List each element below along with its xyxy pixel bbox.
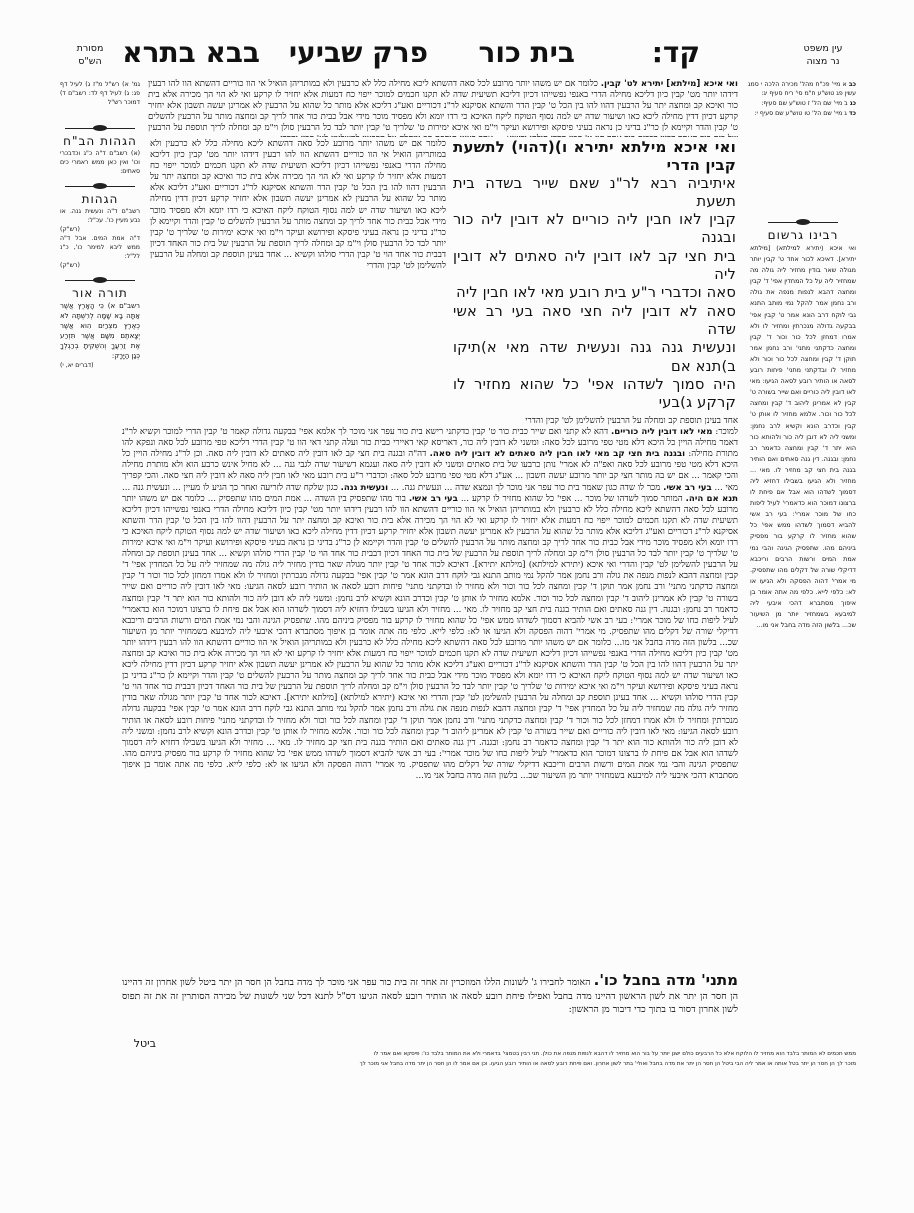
perek-number: פרק שביעי (289, 36, 428, 69)
ein-mishpat-label: עין משפט נר מצוה (788, 42, 858, 68)
entry-text: א מיי' פכ"ח מהל' מכירה הלכה י סמג עשין פ… (748, 81, 856, 97)
hashas-title: הש"ס (60, 55, 120, 68)
dibur-hamatchil: ונעשית גנה. (341, 483, 388, 493)
gemara-text: ואי איכא מילתא יתירא ו)(דהוי) לתשעת קבין… (453, 138, 736, 413)
rashbam-paragraph: אחד בעינן תוספת קב ומחלה על הרבעין להשלי… (525, 416, 738, 426)
rashbam-paragraph: ואי איכא (יתירא למילתא) [מילתא יתירא]. ד… (122, 693, 738, 781)
dibur-hamatchil: מאי לאו דובין ליה כוריים. (611, 427, 713, 437)
rashbam-paragraph: ואי איכא (יתירא למילתא) [מילתא יתירא]. ד… (122, 560, 738, 648)
rashbam-main-body: אחד בעינן תוספת קב ומחלה על הרבעין להשלי… (122, 416, 738, 981)
torah-or-text: רשב"ם א) כִּי הָאָרֶץ אֲשֶׁר אַתָּה בָא … (60, 301, 140, 361)
ein-mishpat-column: כב א מיי' פכ"ח מהל' מכירה הלכה י סמג עשי… (748, 80, 856, 118)
rashbam-paragraph: מכר לו שדה כגון שאמר בית כור עפר אני מוכ… (391, 483, 661, 493)
ner-mitzvah-title: נר מצוה (788, 55, 858, 68)
gemara-line: ונעשית גנה גנה ונעשית שדה מאי א)תיקו ב)ת… (453, 339, 736, 376)
hagahot-title: הגהות (60, 192, 140, 206)
rabbeinu-gershom-text: ואי איכא (יתירא למילתא) [מילתא יתירא]. ד… (750, 243, 856, 1103)
rashbam-paragraph: בור מהו שתפסיק בין השדה ... אמת המים מהו… (208, 494, 406, 504)
daf-number: קד: (652, 36, 700, 69)
masechet-name: בבא בתרא (122, 36, 260, 69)
gemara-line: רב אשי בור מהו שתפסיק אמת המים מהו שתפסי… (453, 412, 736, 413)
ornament-divider (65, 124, 135, 132)
dibur-hamatchil: ובגנה בית חצי קב מאי לאו חבין ליה סאתים … (430, 449, 685, 459)
rashbam-paragraph: כגון שלקח שדה לזריעה ואחר כך הגיע לו מעי… (122, 483, 338, 493)
ein-mishpat-entry: כב א מיי' פכ"ח מהל' מכירה הלכה י סמג עשי… (748, 80, 856, 98)
torah-or-title: תורה אור (60, 286, 140, 300)
gemara-line: קבין לאו חבין ליה כוריים לא דובין ליה כו… (453, 211, 736, 248)
gemara-line: סאה לא דובין ליה חצי סאה בעי רב אשי שדה (453, 303, 736, 340)
gemara-line: בית חצי קב לאו דובין ליה סאתים לא דובין … (453, 248, 736, 285)
gemara-line: סאה וכדברי ר"ע בית רובע מאי לאו חבין ליה (453, 284, 736, 302)
ornament-divider (65, 276, 135, 284)
rashbam-top-band: ואי איכא [מילתא] יתירא לט' קבין. כלומר א… (148, 79, 738, 137)
hagahot-habach-title: הגהות הב"ח (60, 134, 140, 148)
rashbam-mishnah-section: מתני' מדה בחבל כו'. האומר לחבירו ג' לשונ… (122, 974, 738, 1034)
footnote-line: מוכר לך הן חסר הן יתר בטל אותה או אמר לי… (56, 1060, 856, 1069)
footnote-line: ממש חכמים לא המותר בלבד הוא מחזיר לו הלו… (56, 1050, 856, 1059)
rashbam-paragraph: כלומר אם יש משהו יותר מרובע לכל סאה דהשת… (122, 494, 738, 571)
hagahot-entry: ד"ה אמת המים. אבל ד"ה ממש ליבא למימר כו'… (60, 234, 140, 261)
entry-text: ג מיי' שם הל' טו טוש"ע שם סעיף י: (754, 110, 846, 117)
rashbam-side-text: כלומר אם יש משהו יותר מרובע לכל סאה דהשת… (150, 139, 446, 271)
entry-marker: כב (849, 81, 856, 88)
left-margin-column: גמ' א) רש"ל מ"ז ג) לעיל דף פג: ג) לעיל ד… (60, 80, 140, 370)
mesoret-title: מסורת (60, 42, 120, 55)
ornament-divider (768, 218, 838, 226)
rashbam-lead: למוכר: (715, 427, 738, 437)
rashbam-side-column: כלומר אם יש משהו יותר מרובע לכל סאה דהשת… (150, 139, 446, 414)
entry-text: ב מיי' שם הל' ז טוש"ע שם סעיף: (761, 100, 848, 107)
hagahot-source: (רש"ק) (60, 225, 140, 234)
entry-marker: כד (849, 110, 856, 117)
entry-marker: כג (850, 100, 856, 107)
dibur-hamatchil: מתני' מדה בחבל כו'. (594, 974, 738, 989)
perek-name: בית כור (478, 36, 575, 69)
ein-mishpat-entry: כג ב מיי' שם הל' ז טוש"ע שם סעיף: (748, 99, 856, 108)
torah-or-source: (דברים יא, י) (60, 361, 140, 370)
ein-mishpat-title: עין משפט (788, 42, 858, 55)
hagahot-source: (רש"ק) (60, 261, 140, 270)
rabbeinu-gershom-title: רבינו גרשום (750, 228, 856, 242)
hagahot-habach-text: (א) רשב"ם ד"ה כ"ג וכדבכרי וכו' ואין כאן … (60, 149, 140, 176)
ein-mishpat-entry: כד ג מיי' שם הל' טו טוש"ע שם סעיף י: (748, 109, 856, 118)
dibur-hamatchil: בעי רב אשי. (409, 494, 458, 504)
rashbam-opening-words: ואי איכא [מילתא] יתירא לט' קבין. (601, 79, 738, 89)
gemara-line: איתיביה רבא לר"נ שאם שייר בשדה בית תשעת (453, 175, 736, 212)
gemara-line: ואי איכא מילתא יתירא ו)(דהוי) לתשעת קבין… (453, 138, 736, 175)
rashbam-paragraph: המותר סמוך לשדהו של מוכר ... אפי' כל שהו… (461, 494, 683, 504)
hagahot-entry: רשב"ם ד"ה ונעשית גנה. או נבע מעיין כו'. … (60, 207, 140, 225)
mesoret-references: גמ' א) רש"ל מ"ז ג) לעיל דף פג: ג) לעיל ד… (60, 80, 140, 118)
dibur-hamatchil: תנא אם היה. (686, 494, 738, 504)
gemara-line: היה סמוך לשדהו אפי' כל שהוא מחזיר לו קרק… (453, 376, 736, 413)
rabbeinu-gershom-column: רבינו גרשום ואי איכא (יתירא למילתא) [מיל… (750, 212, 856, 1103)
ornament-divider (65, 182, 135, 190)
dibur-hamatchil: בעי רב אשי. (663, 483, 712, 493)
mesoret-label: מסורת הש"ס (60, 42, 120, 68)
catchword: ביטל (134, 1037, 156, 1050)
